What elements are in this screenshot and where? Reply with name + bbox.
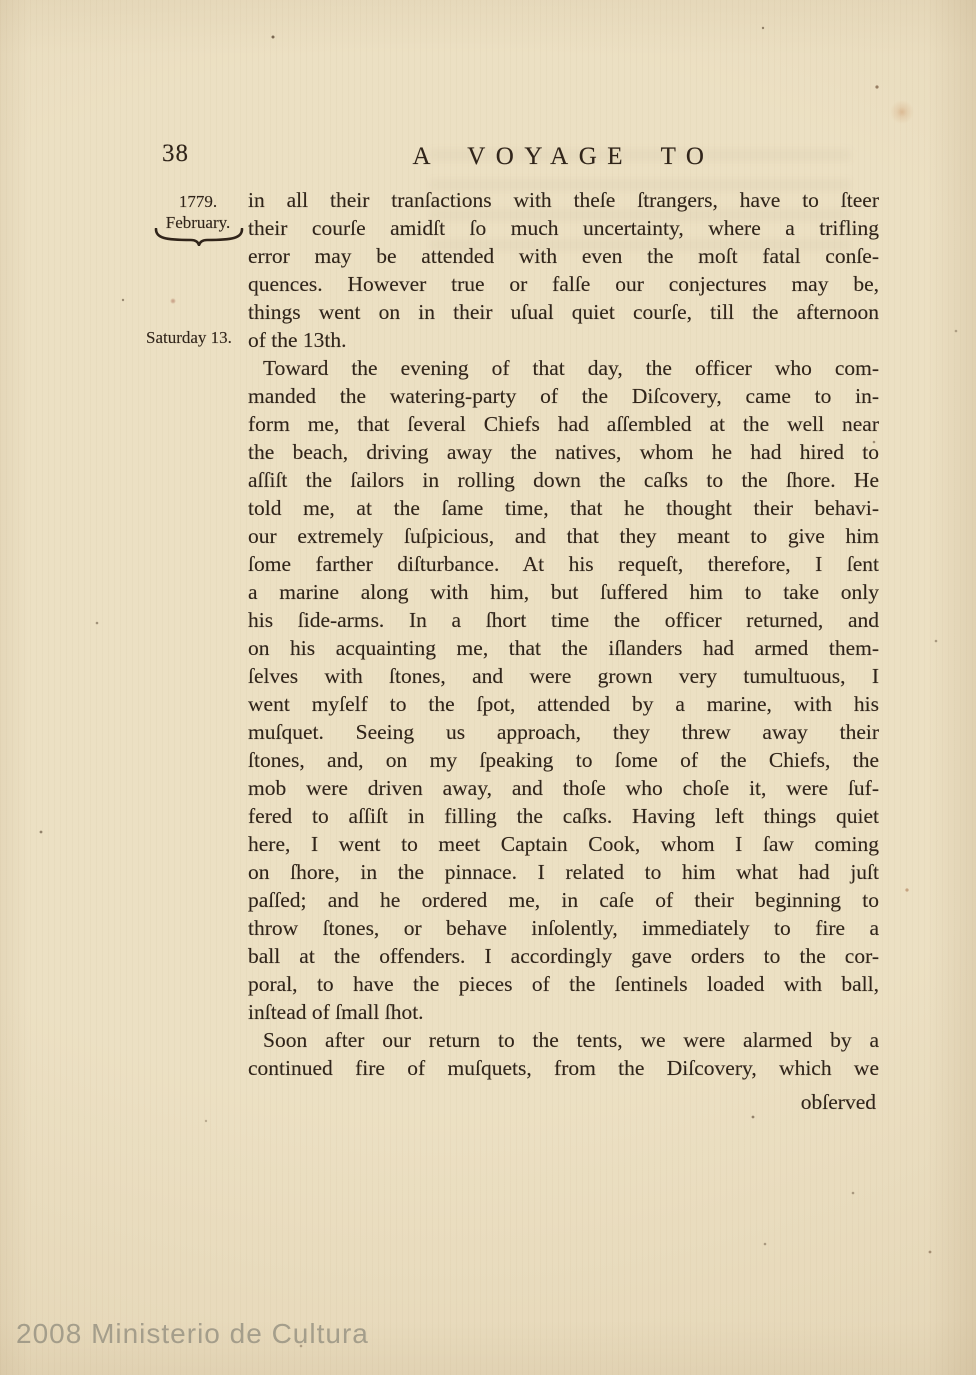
catchword: obſerved xyxy=(248,1090,876,1115)
text-line: manded the watering-party of the Diſcove… xyxy=(248,382,879,410)
text-line: on his acquainting me, that the iſlander… xyxy=(248,634,879,662)
margin-note-day: Saturday 13. xyxy=(146,328,250,348)
text-line: aſſiſt the ſailors in rolling down the c… xyxy=(248,466,879,494)
text-line: ſtones, and, on my ſpeaking to ſome of t… xyxy=(248,746,879,774)
text-line: mob were driven away, and thoſe who choſ… xyxy=(248,774,879,802)
text-line: error may be attended with even the moſt… xyxy=(248,242,879,270)
text-line: went myſelf to the ſpot, attended by a m… xyxy=(248,690,879,718)
text-line: a marine along with him, but ſuffered hi… xyxy=(248,578,879,606)
text-line: ſome farther diſturbance. At his requeſt… xyxy=(248,550,879,578)
text-line: on ſhore, in the pinnace. I related to h… xyxy=(248,858,879,886)
text-line: poral, to have the pieces of the ſentine… xyxy=(248,970,879,998)
text-line: the beach, driving away the natives, who… xyxy=(248,438,879,466)
text-line: of the 13th. xyxy=(248,326,879,354)
text-line: inſtead of ſmall ſhot. xyxy=(248,998,879,1026)
text-line: things went on in their uſual quiet cour… xyxy=(248,298,879,326)
text-line: ball at the offenders. I accordingly gav… xyxy=(248,942,879,970)
text-line: here, I went to meet Captain Cook, whom … xyxy=(248,830,879,858)
text-line: their courſe amidſt ſo much uncertainty,… xyxy=(248,214,879,242)
text-line: his ſide-arms. In a ſhort time the offic… xyxy=(248,606,879,634)
date-brace xyxy=(153,228,245,246)
text-line: our extremely ſuſpicious, and that they … xyxy=(248,522,879,550)
margin-note-year: 1779. xyxy=(150,191,246,212)
running-head: A VOYAGE TO xyxy=(248,143,879,171)
text-line: told me, at the ſame time, that he thoug… xyxy=(248,494,879,522)
text-line: ſelves with ſtones, and were grown very … xyxy=(248,662,879,690)
text-block: in all their tranſactions with theſe ſtr… xyxy=(248,186,879,1082)
text-line: in all their tranſactions with theſe ſtr… xyxy=(248,186,879,214)
margin-note-date: 1779. February. xyxy=(150,191,246,233)
book-page: 38 A VOYAGE TO 1779. February. Saturday … xyxy=(0,0,976,1375)
text-line: fered to aſſiſt in filling the caſks. Ha… xyxy=(248,802,879,830)
text-line: muſquet. Seeing us approach, they threw … xyxy=(248,718,879,746)
text-line: paſſed; and he ordered me, in caſe of th… xyxy=(248,886,879,914)
text-line: form me, that ſeveral Chiefs had aſſembl… xyxy=(248,410,879,438)
text-line: continued fire of muſquets, from the Diſ… xyxy=(248,1054,879,1082)
text-line: Soon after our return to the tents, we w… xyxy=(248,1026,879,1054)
text-line: throw ſtones, or behave inſolently, imme… xyxy=(248,914,879,942)
page-number: 38 xyxy=(162,140,189,168)
text-line: quences. However true or falſe our conje… xyxy=(248,270,879,298)
paper-specks xyxy=(0,0,2,2)
watermark: 2008 Ministerio de Cultura xyxy=(16,1318,369,1350)
text-line: Toward the evening of that day, the offi… xyxy=(248,354,879,382)
